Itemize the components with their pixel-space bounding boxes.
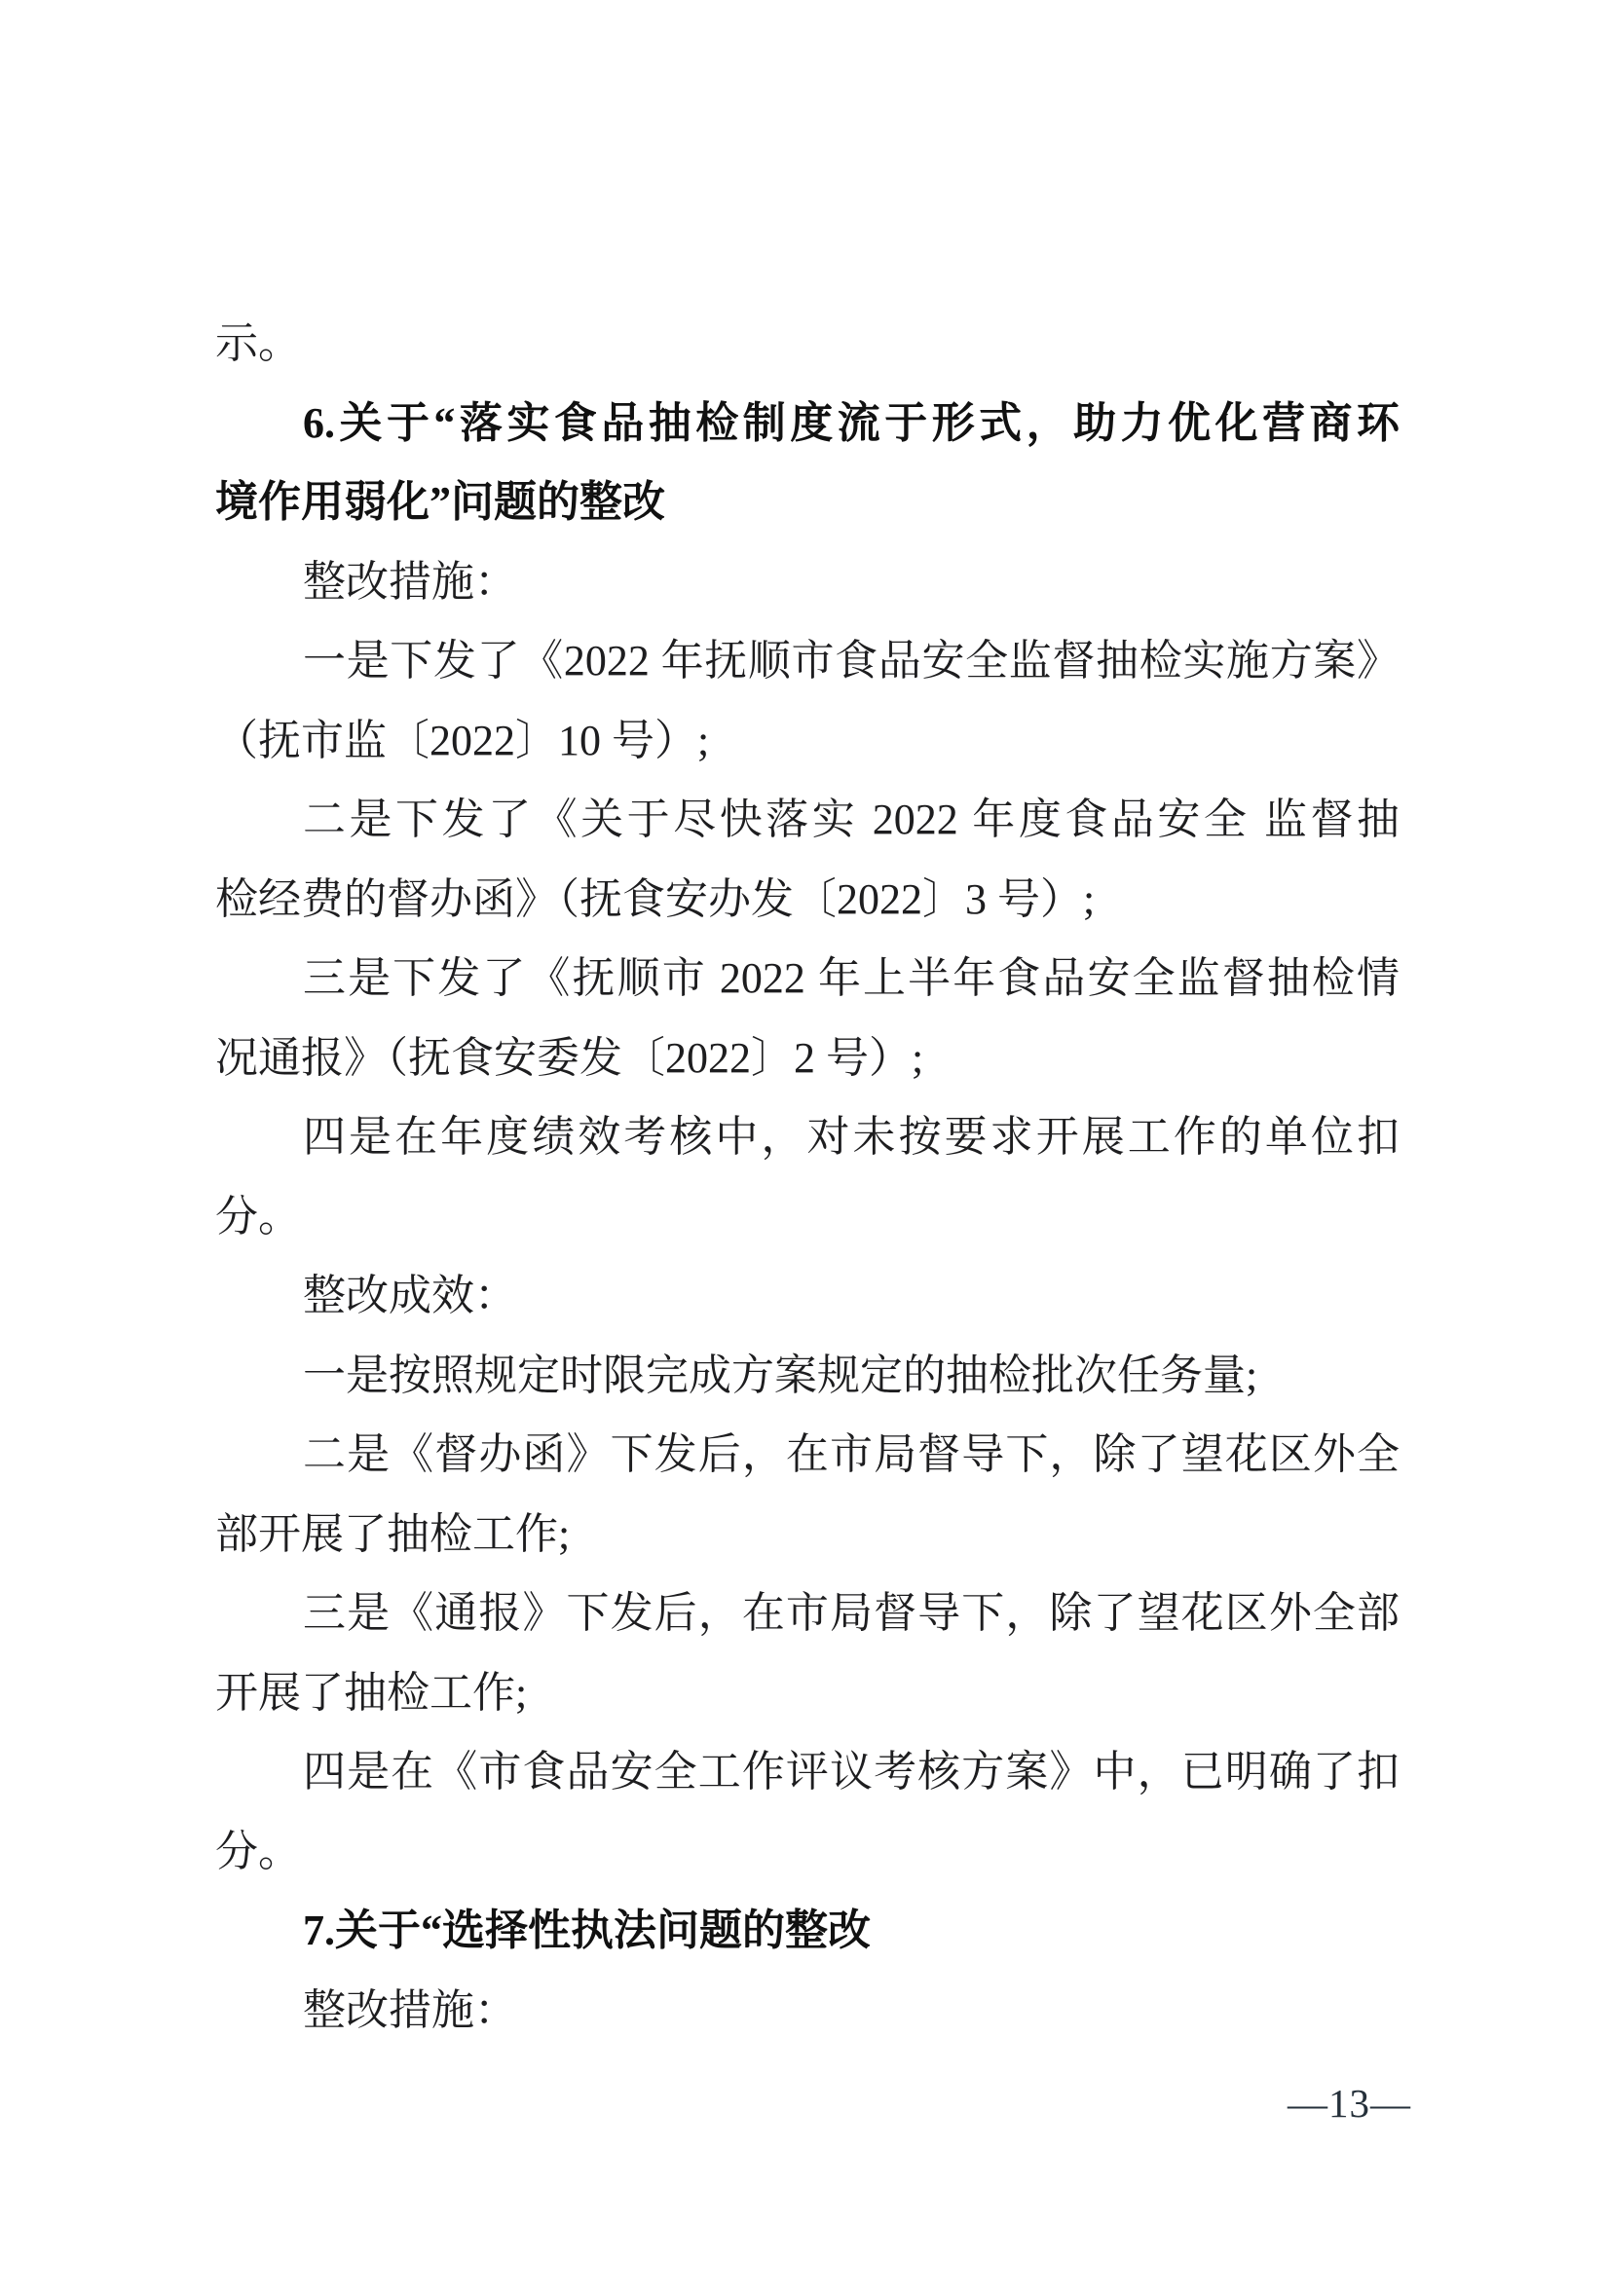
text-line-4: 整改措施：: [215, 542, 1400, 622]
text-line-18: 开展了抽检工作;: [215, 1653, 1400, 1733]
text-line-3: 境作用弱化”问题的整改: [215, 463, 1400, 542]
text-line-9: 三是下发了《抚顺市 2022 年上半年食品安全监督抽检情: [215, 939, 1400, 1018]
text-line-1: 示。: [215, 304, 1400, 384]
text-line-22: 整改措施：: [215, 1971, 1400, 2051]
document-body: 示。6.关于“落实食品抽检制度流于形式，助力优化营商环境作用弱化”问题的整改整改…: [215, 304, 1400, 2050]
page-number: —13—: [1288, 2076, 1414, 2130]
text-line-17: 三是《通报》下发后，在市局督导下，除了望花区外全部: [215, 1574, 1400, 1653]
text-line-13: 整改成效：: [215, 1256, 1400, 1336]
text-line-2: 6.关于“落实食品抽检制度流于形式，助力优化营商环: [215, 384, 1400, 463]
text-line-8: 检经费的督办函》（抚食安办发〔2022〕3 号）;: [215, 860, 1400, 940]
text-line-5: 一是下发了《2022 年抚顺市食品安全监督抽检实施方案》: [215, 621, 1400, 701]
text-line-16: 部开展了抽检工作;: [215, 1495, 1400, 1574]
text-line-6: （抚市监〔2022〕10 号）;: [215, 701, 1400, 781]
text-line-21: 7.关于“选择性执法问题的整改: [215, 1891, 1400, 1971]
text-line-19: 四是在《市食品安全工作评议考核方案》中，已明确了扣: [215, 1732, 1400, 1812]
text-line-7: 二是下发了《关于尽快落实 2022 年度食品安全 监督抽: [215, 780, 1400, 860]
document-page: 示。6.关于“落实食品抽检制度流于形式，助力优化营商环境作用弱化”问题的整改整改…: [0, 0, 1606, 2296]
text-line-12: 分。: [215, 1177, 1400, 1257]
text-line-11: 四是在年度绩效考核中，对未按要求开展工作的单位扣: [215, 1097, 1400, 1177]
text-line-20: 分。: [215, 1812, 1400, 1892]
text-line-14: 一是按照规定时限完成方案规定的抽检批次任务量;: [215, 1336, 1400, 1416]
text-line-15: 二是《督办函》下发后，在市局督导下，除了望花区外全: [215, 1415, 1400, 1495]
text-line-10: 况通报》（抚食安委发〔2022〕2 号）;: [215, 1018, 1400, 1098]
